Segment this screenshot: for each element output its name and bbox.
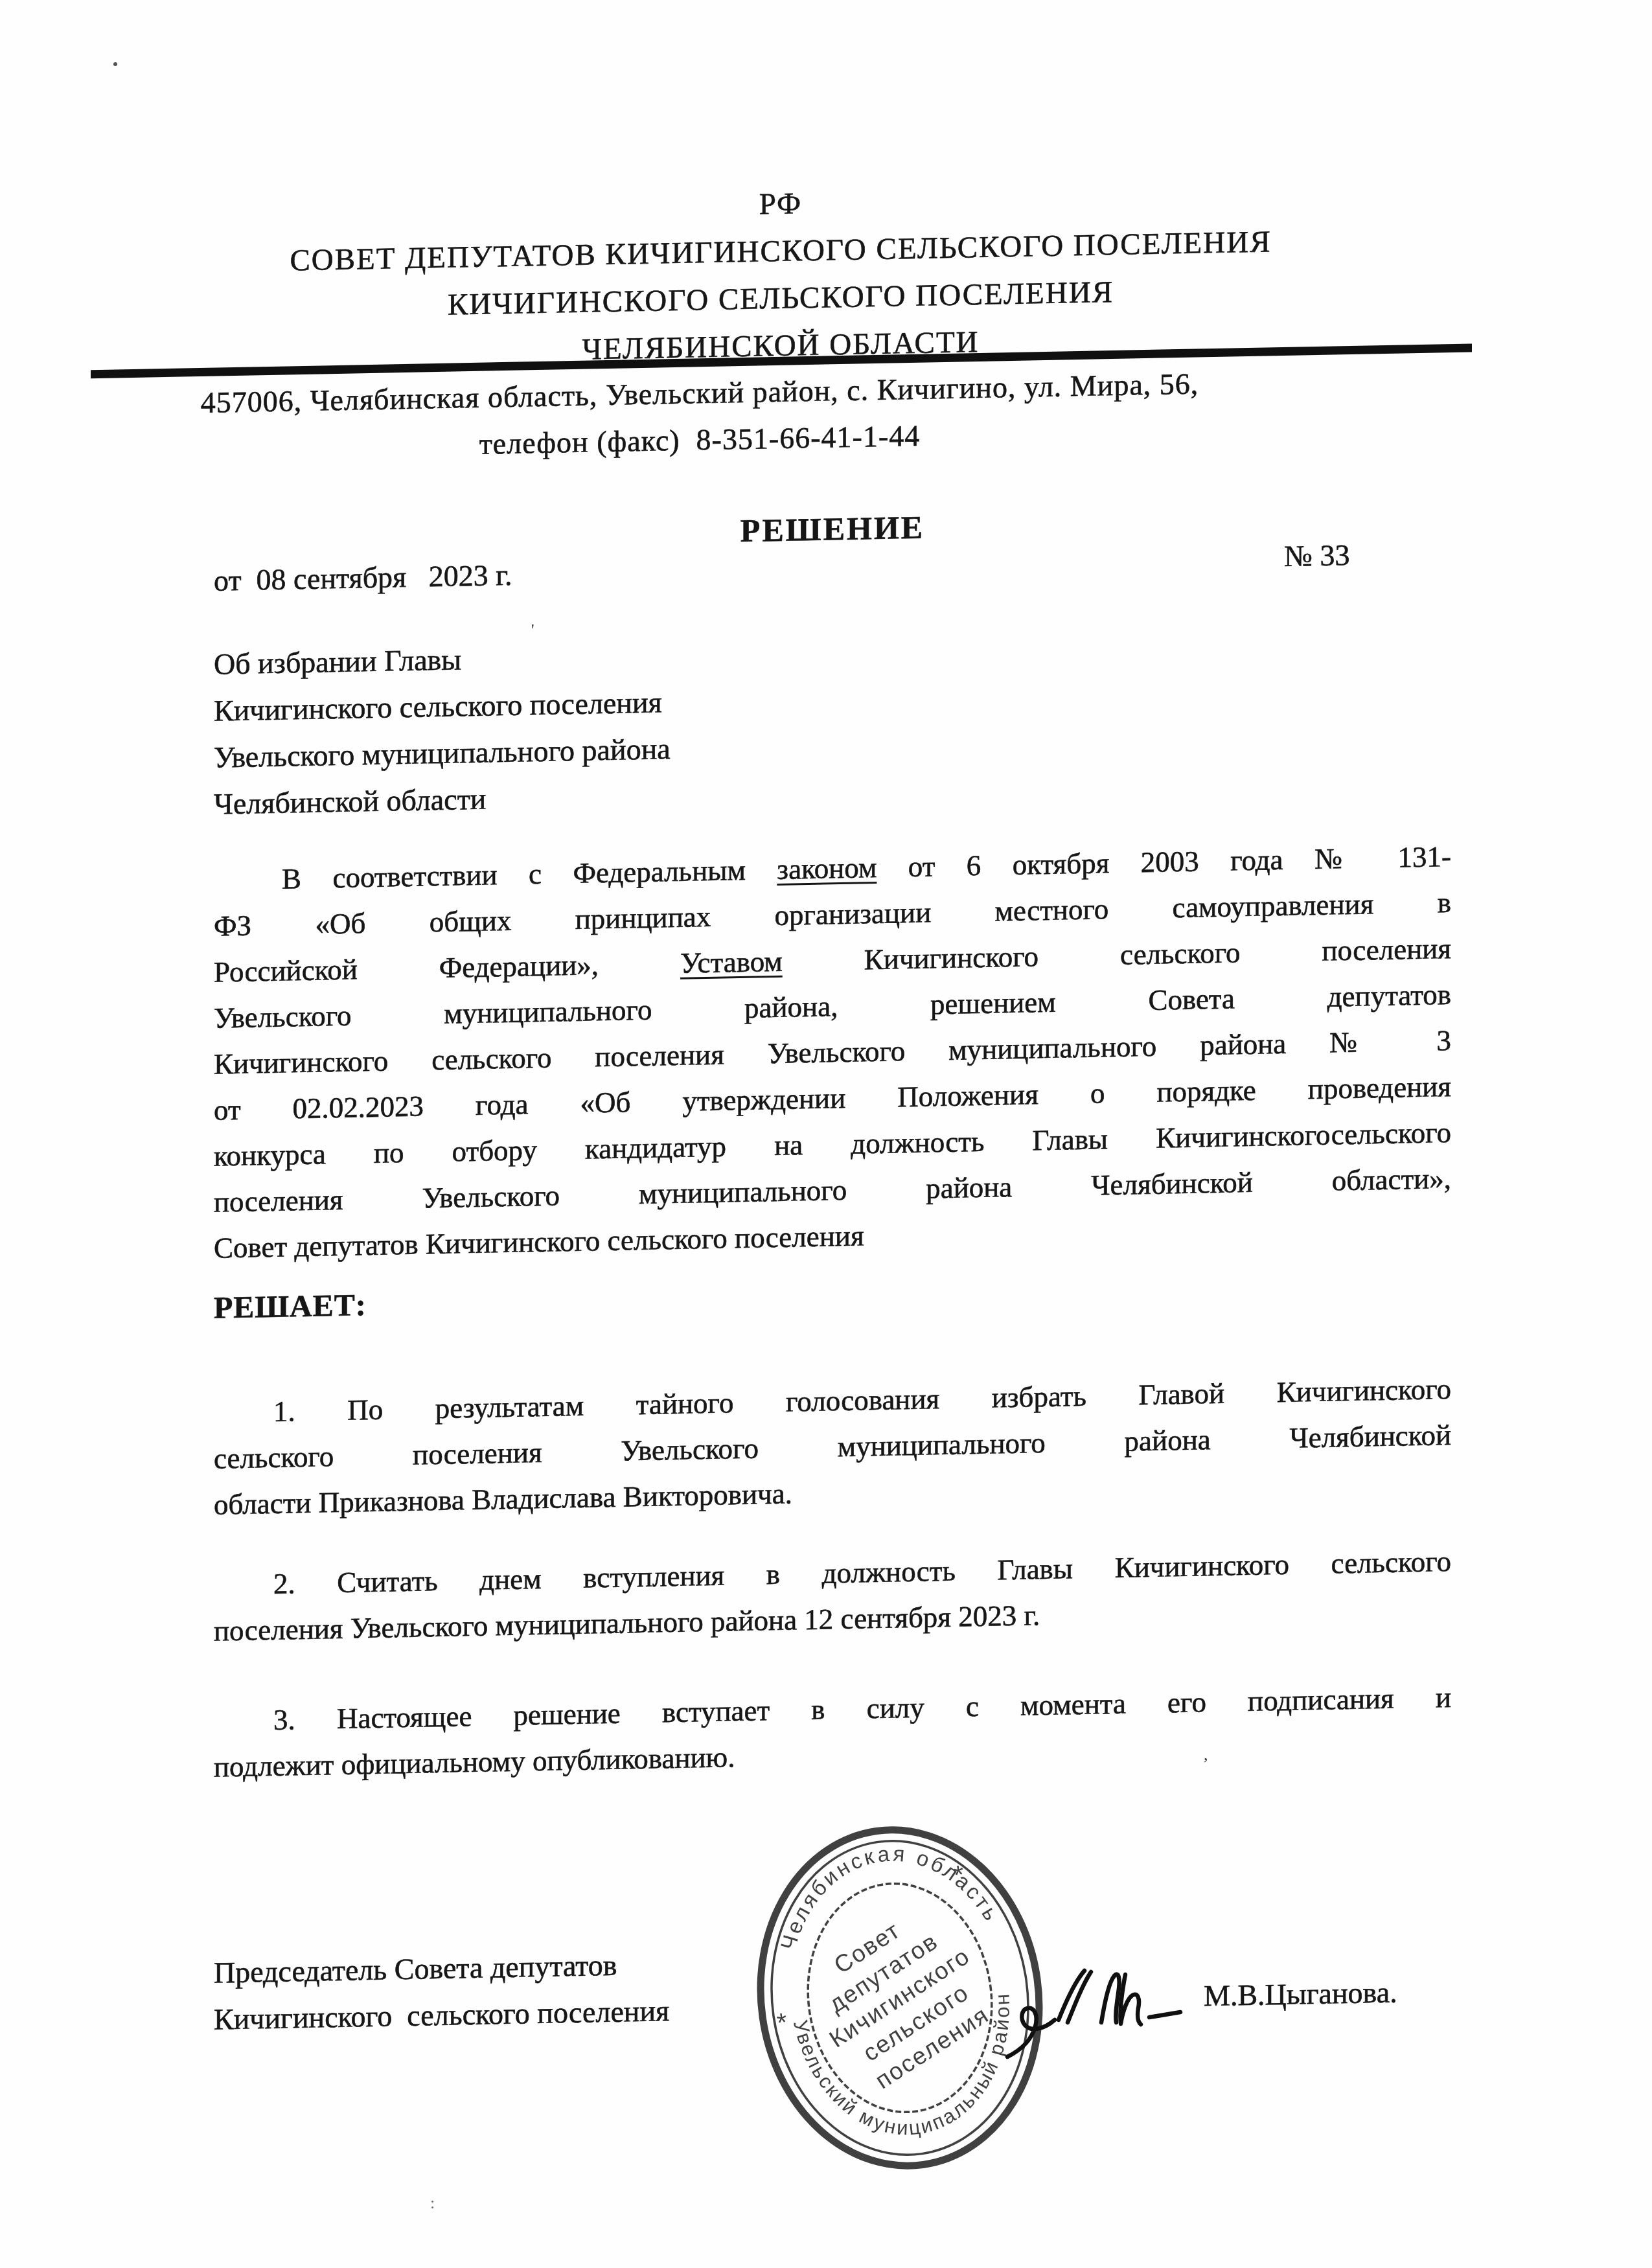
- signature-role-block: Председатель Совета депутатов Кичигинско…: [214, 1941, 669, 2043]
- resolution-item-3: 3. Настоящее решение вступает в силу с м…: [214, 1675, 1451, 1791]
- subject-line: Челябинской области: [214, 772, 671, 828]
- seal-and-signature-layer: Челябинская область Увельский муниципаль…: [713, 1801, 1296, 2203]
- scan-speck-artifact: [113, 62, 117, 66]
- preamble-paragraph: В соответствии с Федеральным законом от …: [214, 834, 1451, 1272]
- subject-block: Об избрании Главы Кичигинского сельского…: [214, 632, 671, 828]
- preamble-text: Российской Федерации»,: [214, 947, 680, 989]
- underlined-charter-reference: Уставом: [680, 945, 783, 979]
- official-round-stamp: Челябинская область Увельский муниципаль…: [739, 1812, 1061, 2184]
- resolution-item-2: 2. Считать днем вступления в должность Г…: [214, 1539, 1451, 1655]
- scanned-document-page: РФ СОВЕТ ДЕПУТАТОВ КИЧИГИНСКОГО СЕЛЬСКОГ…: [0, 0, 1652, 2268]
- document-number: № 33: [1284, 538, 1349, 573]
- preamble-text: от 6 октября 2003 года № 131-: [877, 840, 1451, 884]
- preamble-text: Кичигинского сельского поселения: [783, 932, 1451, 978]
- document-date: от 08 сентября 2023 г.: [214, 558, 512, 597]
- scan-tick-artifact: ': [531, 621, 534, 640]
- resolves-heading: РЕШАЕТ:: [214, 1287, 367, 1326]
- scan-speck-artifact: :: [430, 2194, 435, 2213]
- resolution-item-1: 1. По результатам тайного голосования из…: [214, 1366, 1451, 1528]
- subject-line: Об избрании Главы: [214, 632, 671, 688]
- subject-line: Кичигинского сельского поселения: [214, 679, 671, 735]
- scan-comma-artifact: ,: [1204, 1745, 1208, 1765]
- preamble-text: В соответствии с Федеральным: [282, 853, 777, 895]
- signature-role-line: Председатель Совета депутатов: [214, 1941, 669, 1997]
- subject-line: Увельского муниципального района: [214, 726, 671, 781]
- signature-role-line: Кичигинского сельского поселения: [214, 1987, 669, 2043]
- underlined-law-reference: законом: [777, 851, 877, 886]
